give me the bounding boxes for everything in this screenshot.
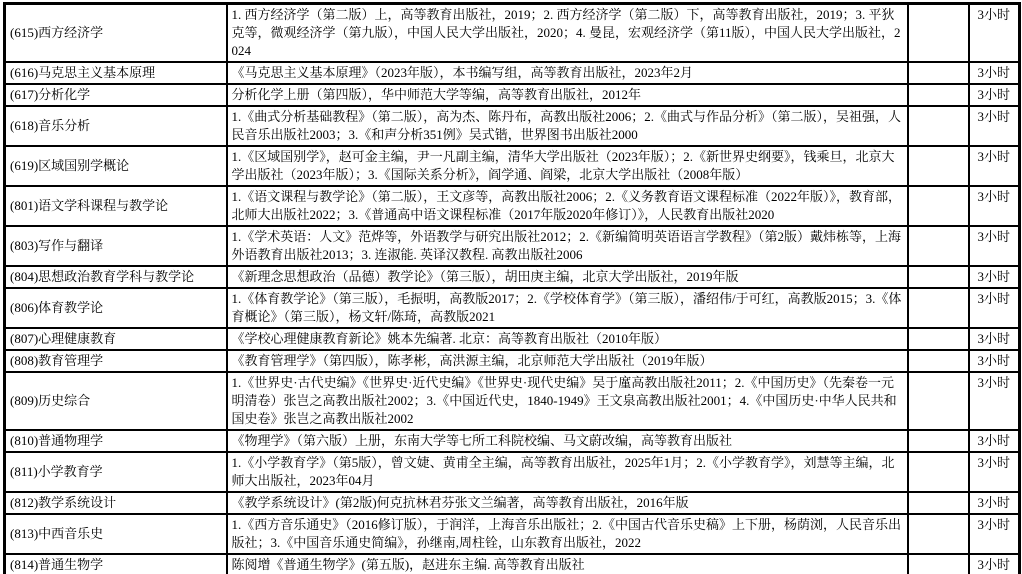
duration-cell: 3小时 <box>969 186 1020 226</box>
note-cell <box>908 62 969 84</box>
duration-cell: 3小时 <box>969 372 1020 430</box>
subject-cell: (618)音乐分析 <box>5 106 227 146</box>
table-row: (617)分析化学 分析化学上册（第四版），华中师范大学等编，高等教育出版社，2… <box>5 84 1020 106</box>
books-cell: 《物理学》（第六版）上册，东南大学等七所工科院校编、马文蔚改编，高等教育出版社 <box>227 430 908 452</box>
table-row: (807)心理健康教育 《学校心理健康教育新论》姚本先编著. 北京：高等教育出版… <box>5 328 1020 350</box>
subject-cell: (616)马克思主义基本原理 <box>5 62 227 84</box>
books-cell: 1.《语文课程与教学论》（第二版），王文彦等，高教出版社2006；2.《义务教育… <box>227 186 908 226</box>
books-cell: 1.《体育教学论》（第三版），毛振明，高教版2017；2.《学校体育学》（第三版… <box>227 288 908 328</box>
subject-cell: (812)教学系统设计 <box>5 492 227 514</box>
note-cell <box>908 266 969 288</box>
table-row: (809)历史综合 1.《世界史·古代史编》《世界史·近代史编》《世界史·现代史… <box>5 372 1020 430</box>
subject-cell: (615)西方经济学 <box>5 4 227 63</box>
table-row: (808)教育管理学 《教育管理学》（第四版），陈孝彬，高洪源主编，北京师范大学… <box>5 350 1020 372</box>
note-cell <box>908 4 969 63</box>
duration-cell: 3小时 <box>969 430 1020 452</box>
subject-cell: (808)教育管理学 <box>5 350 227 372</box>
subject-cell: (806)体育教学论 <box>5 288 227 328</box>
duration-cell: 3小时 <box>969 62 1020 84</box>
duration-cell: 3小时 <box>969 266 1020 288</box>
note-cell <box>908 372 969 430</box>
table-row: (616)马克思主义基本原理 《马克思主义基本原理》（2023年版），本书编写组… <box>5 62 1020 84</box>
subject-cell: (809)历史综合 <box>5 372 227 430</box>
duration-cell: 3小时 <box>969 492 1020 514</box>
duration-cell: 3小时 <box>969 350 1020 372</box>
subject-cell: (807)心理健康教育 <box>5 328 227 350</box>
books-cell: 1.《曲式分析基础教程》（第二版），高为杰、陈丹布，高教出版社2006；2.《曲… <box>227 106 908 146</box>
subject-cell: (617)分析化学 <box>5 84 227 106</box>
subject-cell: (801)语文学科课程与教学论 <box>5 186 227 226</box>
table-row: (619)区域国别学概论 1.《区域国别学》，赵可金主编，尹一凡副主编，清华大学… <box>5 146 1020 186</box>
note-cell <box>908 452 969 492</box>
books-cell: 陈阅增《普通生物学》(第五版)，赵进东主编. 高等教育出版社 <box>227 554 908 574</box>
books-cell: 1.《区域国别学》，赵可金主编，尹一凡副主编，清华大学出版社（2023年版）；2… <box>227 146 908 186</box>
books-cell: 1. 西方经济学（第二版）上，高等教育出版社，2019；2. 西方经济学（第二版… <box>227 4 908 63</box>
duration-cell: 3小时 <box>969 146 1020 186</box>
books-cell: 分析化学上册（第四版），华中师范大学等编，高等教育出版社，2012年 <box>227 84 908 106</box>
table-row: (810)普通物理学 《物理学》（第六版）上册，东南大学等七所工科院校编、马文蔚… <box>5 430 1020 452</box>
table-row: (618)音乐分析 1.《曲式分析基础教程》（第二版），高为杰、陈丹布，高教出版… <box>5 106 1020 146</box>
table-row: (801)语文学科课程与教学论 1.《语文课程与教学论》（第二版），王文彦等，高… <box>5 186 1020 226</box>
duration-cell: 3小时 <box>969 226 1020 266</box>
books-cell: 《学校心理健康教育新论》姚本先编著. 北京：高等教育出版社（2010年版） <box>227 328 908 350</box>
note-cell <box>908 226 969 266</box>
books-cell: 《教学系统设计》(第2版)何克抗林君芬张文兰编著，高等教育出版社，2016年版 <box>227 492 908 514</box>
note-cell <box>908 328 969 350</box>
duration-cell: 3小时 <box>969 554 1020 574</box>
books-cell: 1.《西方音乐通史》（2016修订版），于润洋，上海音乐出版社；2.《中国古代音… <box>227 514 908 554</box>
document-page: (615)西方经济学 1. 西方经济学（第二版）上，高等教育出版社，2019；2… <box>0 0 1022 574</box>
books-cell: 1.《学术英语：人文》范烨等，外语教学与研究出版社2012；2.《新编简明英语语… <box>227 226 908 266</box>
note-cell <box>908 554 969 574</box>
note-cell <box>908 146 969 186</box>
note-cell <box>908 514 969 554</box>
subject-cell: (803)写作与翻译 <box>5 226 227 266</box>
books-cell: 《马克思主义基本原理》（2023年版），本书编写组，高等教育出版社，2023年2… <box>227 62 908 84</box>
duration-cell: 3小时 <box>969 328 1020 350</box>
books-cell: 1.《小学教育学》（第5版），曾文婕、黄甫全主编，高等教育出版社，2025年1月… <box>227 452 908 492</box>
table-row: (803)写作与翻译 1.《学术英语：人文》范烨等，外语教学与研究出版社2012… <box>5 226 1020 266</box>
subject-cell: (814)普通生物学 <box>5 554 227 574</box>
table-row: (615)西方经济学 1. 西方经济学（第二版）上，高等教育出版社，2019；2… <box>5 4 1020 63</box>
table-row: (804)思想政治教育学科与教学论 《新理念思想政治（品德）教学论》（第三版），… <box>5 266 1020 288</box>
subject-cell: (811)小学教育学 <box>5 452 227 492</box>
books-cell: 《新理念思想政治（品德）教学论》（第三版），胡田庚主编，北京大学出版社，2019… <box>227 266 908 288</box>
duration-cell: 3小时 <box>969 4 1020 63</box>
books-cell: 《教育管理学》（第四版），陈孝彬，高洪源主编，北京师范大学出版社（2019年版） <box>227 350 908 372</box>
duration-cell: 3小时 <box>969 84 1020 106</box>
subject-cell: (619)区域国别学概论 <box>5 146 227 186</box>
note-cell <box>908 492 969 514</box>
subject-cell: (813)中西音乐史 <box>5 514 227 554</box>
note-cell <box>908 84 969 106</box>
note-cell <box>908 288 969 328</box>
subject-cell: (810)普通物理学 <box>5 430 227 452</box>
duration-cell: 3小时 <box>969 106 1020 146</box>
duration-cell: 3小时 <box>969 288 1020 328</box>
duration-cell: 3小时 <box>969 514 1020 554</box>
table-row: (813)中西音乐史 1.《西方音乐通史》（2016修订版），于润洋，上海音乐出… <box>5 514 1020 554</box>
table-row: (811)小学教育学 1.《小学教育学》（第5版），曾文婕、黄甫全主编，高等教育… <box>5 452 1020 492</box>
note-cell <box>908 430 969 452</box>
duration-cell: 3小时 <box>969 452 1020 492</box>
table-row: (806)体育教学论 1.《体育教学论》（第三版），毛振明，高教版2017；2.… <box>5 288 1020 328</box>
note-cell <box>908 106 969 146</box>
books-cell: 1.《世界史·古代史编》《世界史·近代史编》《世界史·现代史编》吴于廑高教出版社… <box>227 372 908 430</box>
note-cell <box>908 186 969 226</box>
note-cell <box>908 350 969 372</box>
table-row: (812)教学系统设计 《教学系统设计》(第2版)何克抗林君芬张文兰编著，高等教… <box>5 492 1020 514</box>
exam-subjects-reference-table: (615)西方经济学 1. 西方经济学（第二版）上，高等教育出版社，2019；2… <box>3 2 1021 574</box>
table-row: (814)普通生物学 陈阅增《普通生物学》(第五版)，赵进东主编. 高等教育出版… <box>5 554 1020 574</box>
subject-cell: (804)思想政治教育学科与教学论 <box>5 266 227 288</box>
